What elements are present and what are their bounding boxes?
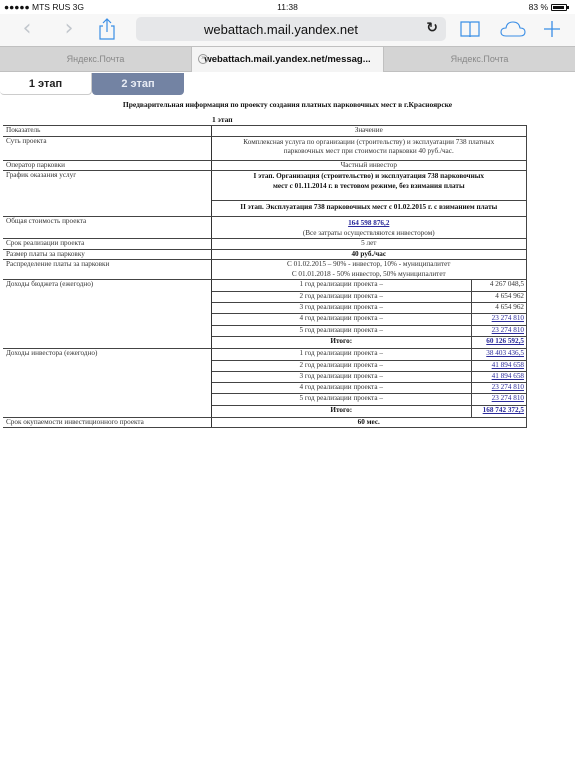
row-label: Доходы инвестора (ежегодно) (3, 348, 211, 417)
income-amount-value[interactable]: 23 274 810 (492, 314, 524, 322)
battery-percent: 83 % (529, 2, 548, 12)
header-value: Значение (211, 126, 527, 137)
income-amount[interactable]: 23 274 810 (472, 325, 527, 336)
sheet-tab-stage-2[interactable]: 2 этап (92, 73, 184, 95)
forward-icon[interactable]: › (58, 18, 80, 40)
tab-label: Яндекс.Почта (451, 54, 509, 64)
table-row: Доходы инвестора (ежегодно) 1 год реализ… (3, 348, 527, 417)
income-total-value[interactable]: 168 742 372,5 (483, 406, 524, 414)
income-total[interactable]: 60 126 592,5 (472, 336, 527, 347)
income-amount-value[interactable]: 23 274 810 (492, 394, 524, 402)
close-tab-icon[interactable]: × (198, 54, 208, 64)
income-amount: 4 654 962 (472, 303, 527, 314)
new-tab-icon[interactable] (540, 17, 564, 41)
table-row: Срок реализации проекта 5 лет (3, 239, 527, 250)
row-label: Общая стоимость проекта (3, 217, 211, 239)
investor-income-table: 1 год реализации проекта –38 403 436,52 … (212, 349, 527, 417)
table-row: График оказания услуг I этап. Организаци… (3, 171, 527, 217)
income-amount-value: 4 267 048,5 (490, 280, 524, 288)
income-amount-value[interactable]: 23 274 810 (492, 383, 524, 391)
table-row: Оператор парковки Частный инвестор (3, 160, 527, 171)
income-year-label: 3 год реализации проекта – (212, 371, 472, 382)
income-year-label: 4 год реализации проекта – (212, 314, 472, 325)
income-row: 4 год реализации проекта –23 274 810 (212, 314, 527, 325)
total-cost-note: (Все затраты осуществляются инвестором) (212, 229, 527, 239)
browser-tab-strip: Яндекс.Почта × webattach.mail.yandex.net… (0, 46, 575, 72)
row-value: 60 мес. (211, 417, 527, 428)
schedule-stage-2: II этап. Эксплуатация 738 парковочных ме… (212, 200, 527, 216)
budget-income-table: 1 год реализации проекта –4 267 048,52 г… (212, 280, 527, 348)
icloud-tabs-icon[interactable] (499, 17, 527, 41)
income-amount[interactable]: 38 403 436,5 (472, 349, 527, 360)
income-amount-value[interactable]: 38 403 436,5 (486, 349, 524, 357)
tab-label: Яндекс.Почта (67, 54, 125, 64)
income-amount[interactable]: 41 894 658 (472, 371, 527, 382)
clock: 11:38 (0, 2, 575, 12)
share-icon[interactable] (96, 17, 118, 41)
table-row: Суть проекта Комплексная услуга по орган… (3, 136, 527, 160)
income-row: 1 год реализации проекта –4 267 048,5 (212, 280, 527, 291)
row-label: Срок реализации проекта (3, 239, 211, 250)
income-amount-value[interactable]: 41 894 658 (492, 372, 524, 380)
income-amount-value[interactable]: 23 274 810 (492, 326, 524, 334)
reload-icon[interactable]: ↻ (426, 20, 438, 36)
income-total-value[interactable]: 60 126 592,5 (486, 337, 524, 345)
income-row: 5 год реализации проекта –23 274 810 (212, 325, 527, 336)
status-bar: ●●●●● MTS RUS 3G 11:38 83 % (0, 0, 575, 14)
income-total-row: Итого:60 126 592,5 (212, 336, 527, 347)
income-amount[interactable]: 23 274 810 (472, 314, 527, 325)
income-amount[interactable]: 23 274 810 (472, 383, 527, 394)
row-label: Доходы бюджета (ежегодно) (3, 280, 211, 349)
row-value: Комплексная услуга по организации (строи… (211, 136, 527, 160)
total-cost-link[interactable]: 164 598 876,2 (348, 219, 389, 227)
sheet-tab-stage-1[interactable]: 1 этап (0, 73, 92, 95)
income-row: 4 год реализации проекта –23 274 810 (212, 383, 527, 394)
project-table: Показатель Значение Суть проекта Комплек… (3, 125, 527, 428)
browser-toolbar: ‹ › webattach.mail.yandex.net ↻ (0, 14, 575, 46)
header-indicator: Показатель (3, 126, 211, 137)
table-row: Общая стоимость проекта 164 598 876,2 (В… (3, 217, 527, 239)
row-value: Частный инвестор (211, 160, 527, 171)
row-label: График оказания услуг (3, 171, 211, 217)
income-amount-value: 4 654 962 (495, 303, 524, 311)
income-year-label: 5 год реализации проекта – (212, 325, 472, 336)
browser-tab-webattach[interactable]: × webattach.mail.yandex.net/messag... (192, 47, 384, 72)
income-year-label: 4 год реализации проекта – (212, 383, 472, 394)
income-amount-value: 4 654 962 (495, 292, 524, 300)
table-row: Срок окупаемости инвестиционного проекта… (3, 417, 527, 428)
url-text[interactable]: webattach.mail.yandex.net (136, 22, 426, 37)
income-row: 5 год реализации проекта –23 274 810 (212, 394, 527, 405)
distribution-line-2: С 01.01.2018 - 50% инвестор, 50% муницип… (212, 270, 527, 280)
income-total-label: Итого: (212, 405, 472, 416)
table-row: Доходы бюджета (ежегодно) 1 год реализац… (3, 280, 527, 349)
table-header-row: Показатель Значение (3, 126, 527, 137)
income-total[interactable]: 168 742 372,5 (472, 405, 527, 416)
row-label: Распределение платы за парковки (3, 260, 211, 280)
income-amount[interactable]: 23 274 810 (472, 394, 527, 405)
income-row: 3 год реализации проекта –41 894 658 (212, 371, 527, 382)
row-value: 40 руб./час (211, 249, 527, 260)
income-year-label: 1 год реализации проекта – (212, 349, 472, 360)
income-year-label: 3 год реализации проекта – (212, 303, 472, 314)
row-label: Срок окупаемости инвестиционного проекта (3, 417, 211, 428)
income-total-row: Итого:168 742 372,5 (212, 405, 527, 416)
row-value: 5 лет (211, 239, 527, 250)
schedule-stage-1: I этап. Организация (строительство) и эк… (212, 171, 527, 200)
income-amount-value[interactable]: 41 894 658 (492, 361, 524, 369)
address-bar[interactable]: webattach.mail.yandex.net ↻ (136, 17, 446, 41)
document-subtitle: 1 этап (212, 115, 233, 124)
income-amount[interactable]: 41 894 658 (472, 360, 527, 371)
browser-tab-yandex-mail-2[interactable]: Яндекс.Почта (384, 47, 575, 72)
income-year-label: 2 год реализации проекта – (212, 360, 472, 371)
row-label: Размер платы за парковку (3, 249, 211, 260)
battery-icon (551, 4, 567, 11)
income-row: 3 год реализации проекта –4 654 962 (212, 303, 527, 314)
back-icon[interactable]: ‹ (16, 18, 38, 40)
income-amount: 4 267 048,5 (472, 280, 527, 291)
bookmarks-icon[interactable] (458, 17, 482, 41)
income-year-label: 2 год реализации проекта – (212, 291, 472, 302)
document-title: Предварительная информация по проекту со… (0, 100, 575, 109)
row-label: Суть проекта (3, 136, 211, 160)
tab-label: webattach.mail.yandex.net/messag... (204, 54, 370, 65)
table-row: Размер платы за парковку 40 руб./час (3, 249, 527, 260)
income-row: 2 год реализации проекта –4 654 962 (212, 291, 527, 302)
income-year-label: 5 год реализации проекта – (212, 394, 472, 405)
distribution-line-1: С 01.02.2015 – 90% - инвестор, 10% - мун… (212, 260, 527, 270)
browser-tab-yandex-mail[interactable]: Яндекс.Почта (0, 47, 192, 72)
row-label: Оператор парковки (3, 160, 211, 171)
income-amount: 4 654 962 (472, 291, 527, 302)
income-year-label: 1 год реализации проекта – (212, 280, 472, 291)
table-row: Распределение платы за парковки С 01.02.… (3, 260, 527, 280)
income-row: 1 год реализации проекта –38 403 436,5 (212, 349, 527, 360)
income-row: 2 год реализации проекта –41 894 658 (212, 360, 527, 371)
income-total-label: Итого: (212, 336, 472, 347)
